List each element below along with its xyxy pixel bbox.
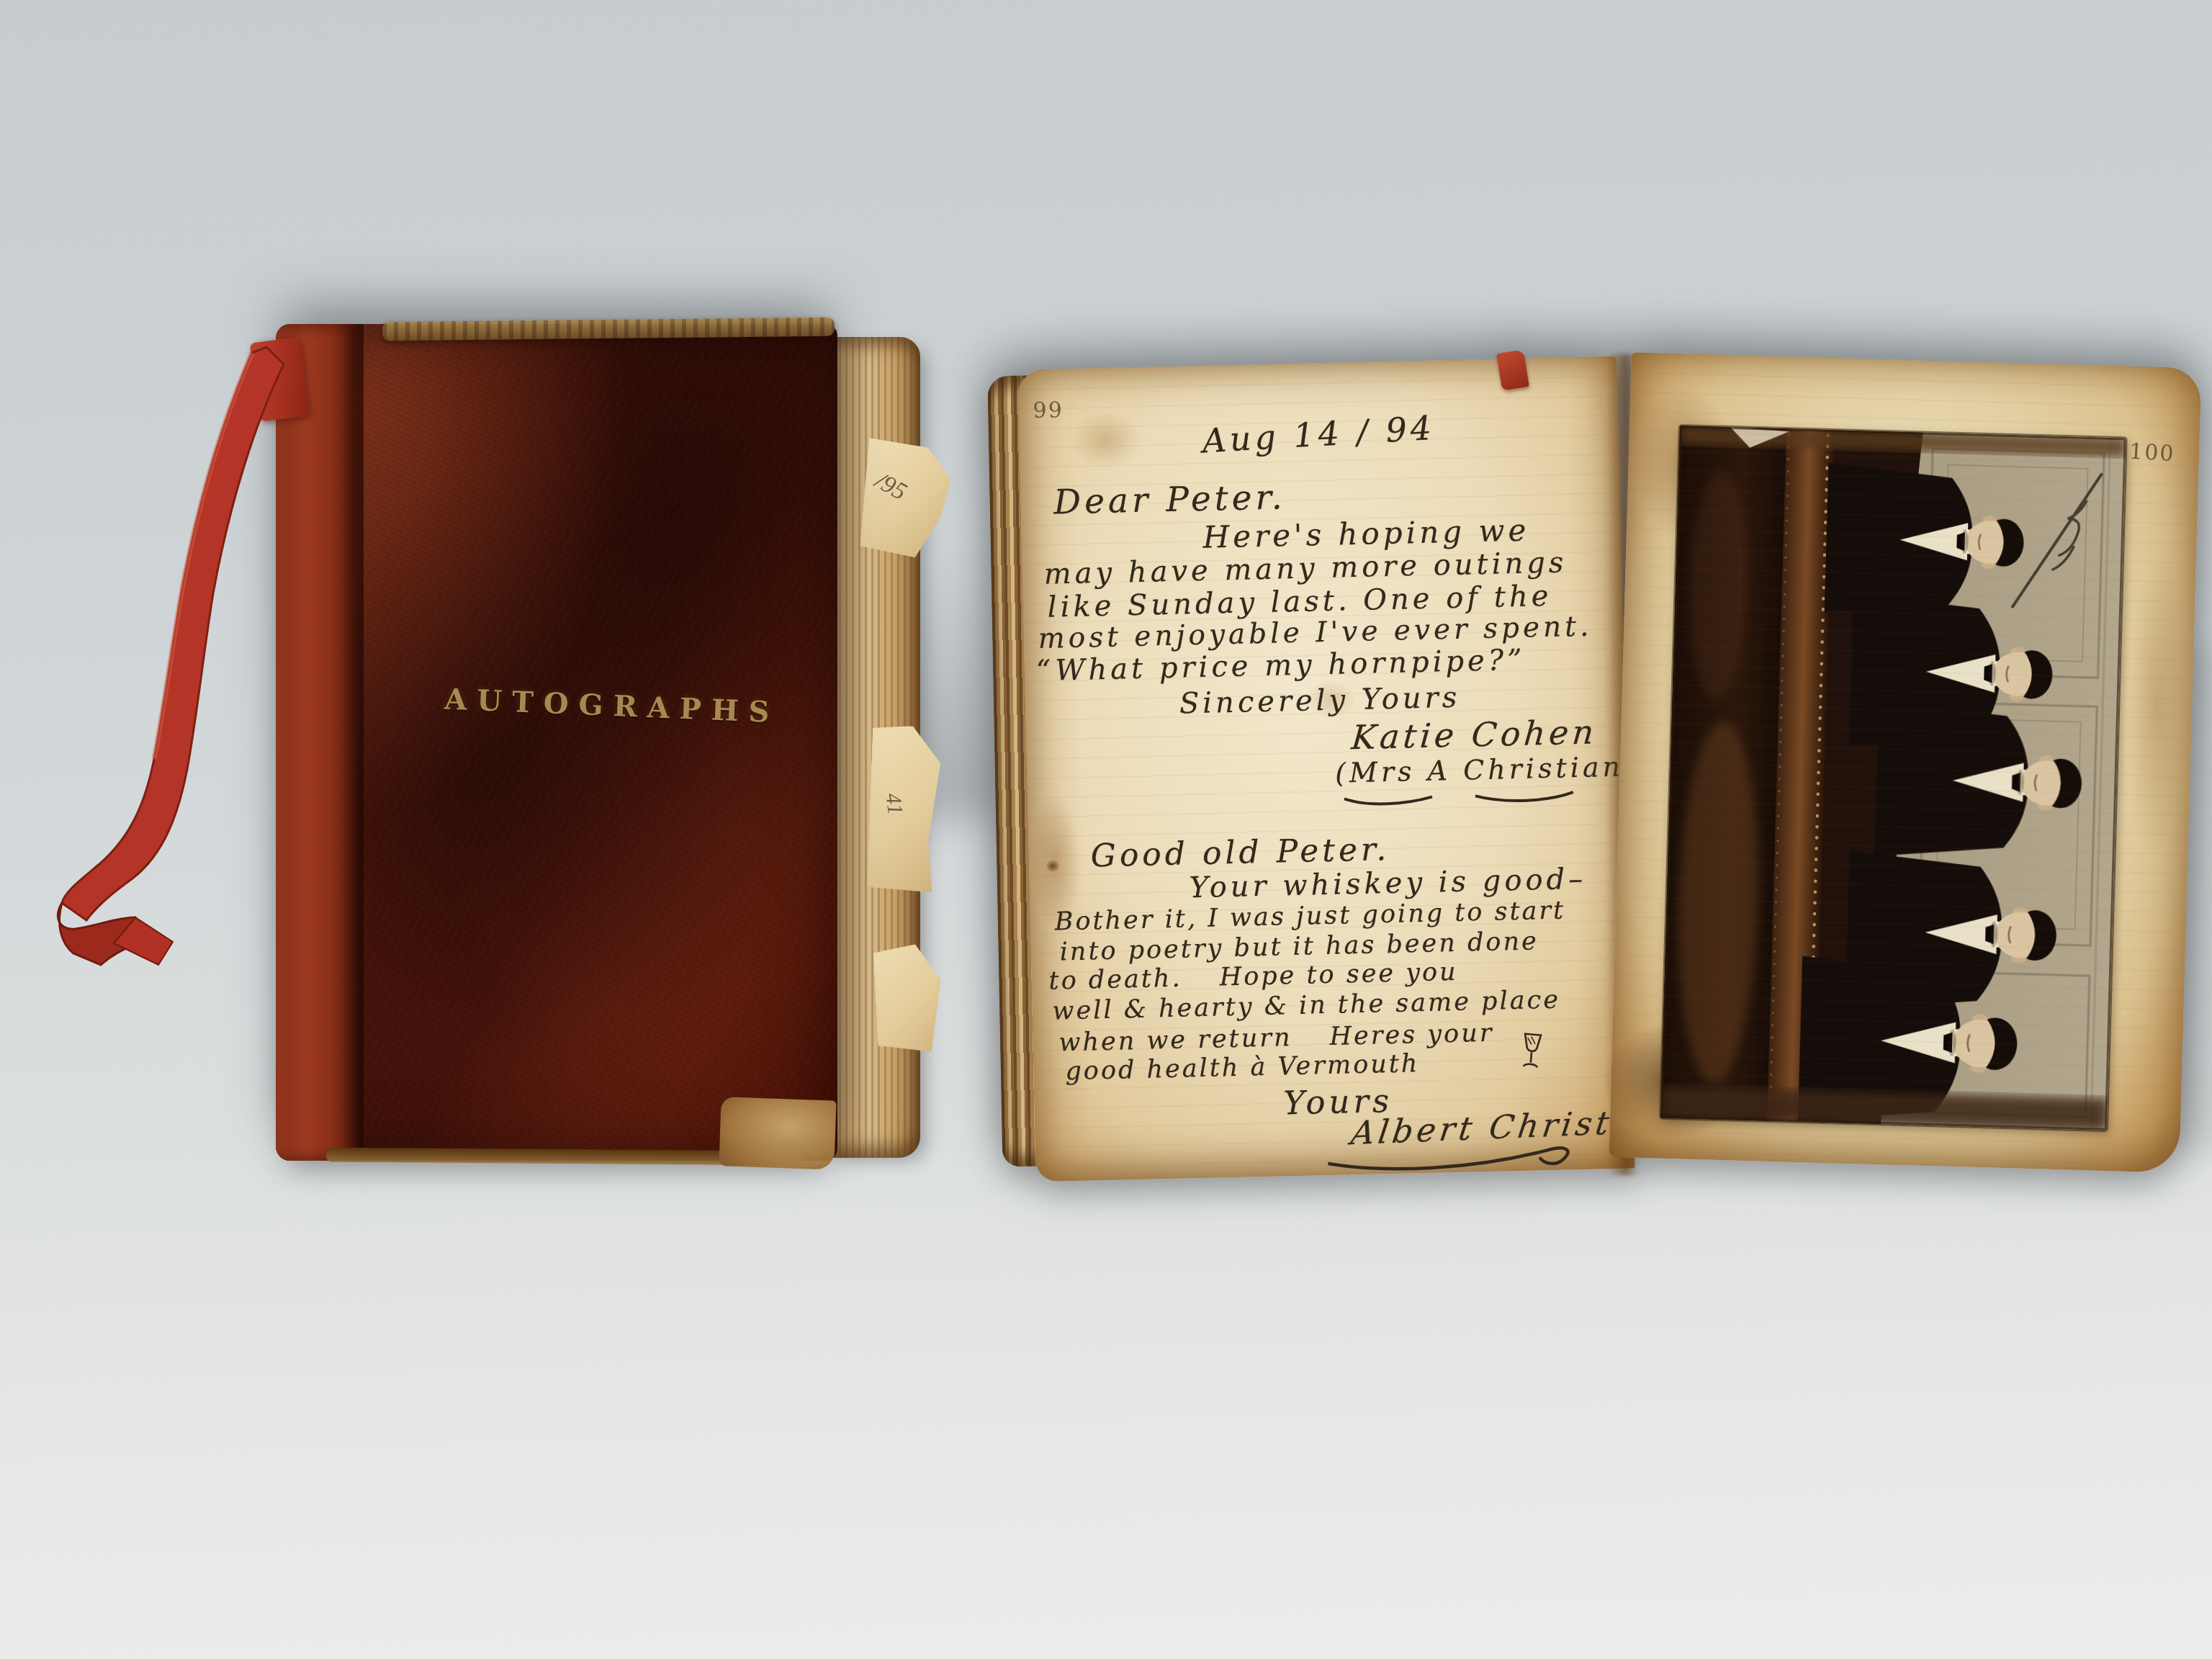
- photo-inscription-squiggle: [2012, 471, 2102, 610]
- open-autograph-book: 99 Aug 14 / 94 Dear Peter. Here's hoping…: [995, 354, 2199, 1188]
- handwriting-line: into poetry but it has been done: [1059, 927, 1539, 966]
- handwriting-line: good health à Vermouth: [1065, 1049, 1420, 1086]
- handwriting-closing: Sincerely Yours: [1179, 681, 1460, 721]
- closed-autograph-book: /95 41 AUTOGRAPHS: [276, 323, 920, 1172]
- stain: [1660, 1087, 2108, 1130]
- right-page: 100: [1609, 352, 2202, 1173]
- handwriting-line: may have many more outings: [1043, 546, 1568, 590]
- torn-page-scrap: [873, 943, 945, 1055]
- left-page: 99 Aug 14 / 94 Dear Peter. Here's hoping…: [1017, 356, 1635, 1182]
- wall-panel-lines: [1914, 433, 2110, 1130]
- handwriting-line: Good old Peter.: [1090, 831, 1390, 874]
- signature-note: (Mrs A Christian): [1335, 750, 1639, 789]
- handwriting-line: most enjoyable I've ever spent.: [1038, 611, 1592, 655]
- stud-trim: [1770, 434, 1789, 1117]
- handwriting-line: to death. Hope to see you: [1048, 958, 1458, 996]
- stain: [1679, 426, 2126, 457]
- man-figure: [1845, 851, 2058, 1016]
- scrap-note: /95: [871, 467, 911, 506]
- man-figure: [1849, 593, 2054, 752]
- dark-foreground: [1660, 426, 1923, 1125]
- red-ribbon: [29, 333, 317, 966]
- man-figure: [1825, 463, 2026, 619]
- stain: [1029, 793, 1082, 932]
- stain: [1602, 1022, 1742, 1141]
- pasted-photograph: [1660, 426, 2126, 1130]
- handwriting-line: Bother it, I was just going to start: [1054, 896, 1565, 937]
- handwriting-line: Dear Peter.: [1053, 477, 1286, 522]
- worn-corner: [719, 1097, 836, 1170]
- signature-underline: [1340, 786, 1578, 810]
- wine-glass-icon: [1519, 1031, 1545, 1073]
- stain: [1632, 384, 1737, 545]
- handwriting-line: like Sunday last. One of the: [1047, 580, 1552, 624]
- man-figure: [1874, 701, 2084, 862]
- torn-page-scrap: /95: [859, 438, 953, 560]
- stain: [1305, 679, 1357, 720]
- page-number: 99: [1033, 397, 1064, 423]
- scrap-note: 41: [880, 791, 907, 816]
- page-number: 100: [2128, 439, 2175, 467]
- stain: [1046, 860, 1059, 871]
- leather-bench: [1660, 426, 1834, 1123]
- handwriting-line: Your whiskey is good–: [1189, 863, 1586, 905]
- binding-fragment: [1496, 349, 1529, 390]
- handwriting-closing: Yours: [1283, 1082, 1393, 1122]
- stain: [1069, 410, 1143, 469]
- stain: [2122, 554, 2193, 858]
- signature-katie-cohen: Katie Cohen: [1350, 712, 1599, 757]
- handwriting-line: when we return Heres your: [1058, 1019, 1494, 1058]
- photograph-of-autograph-books: /95 41 AUTOGRAPHS 99 Aug 14 / 94 De: [0, 0, 2212, 1659]
- torn-corner: [1730, 427, 1789, 449]
- handwriting-line: well & hearty & in the same place: [1052, 986, 1560, 1026]
- handwriting-date: Aug 14 / 94: [1201, 408, 1436, 461]
- torn-page-scrap: 41: [867, 724, 942, 892]
- handwriting-line: “What price my hornpipe?”: [1035, 644, 1526, 688]
- stud-trim: [1809, 436, 1827, 1118]
- handwriting-line: Here's hoping we: [1202, 513, 1530, 555]
- man-figure: [1798, 956, 2020, 1127]
- signature-flourish: [1323, 1142, 1583, 1174]
